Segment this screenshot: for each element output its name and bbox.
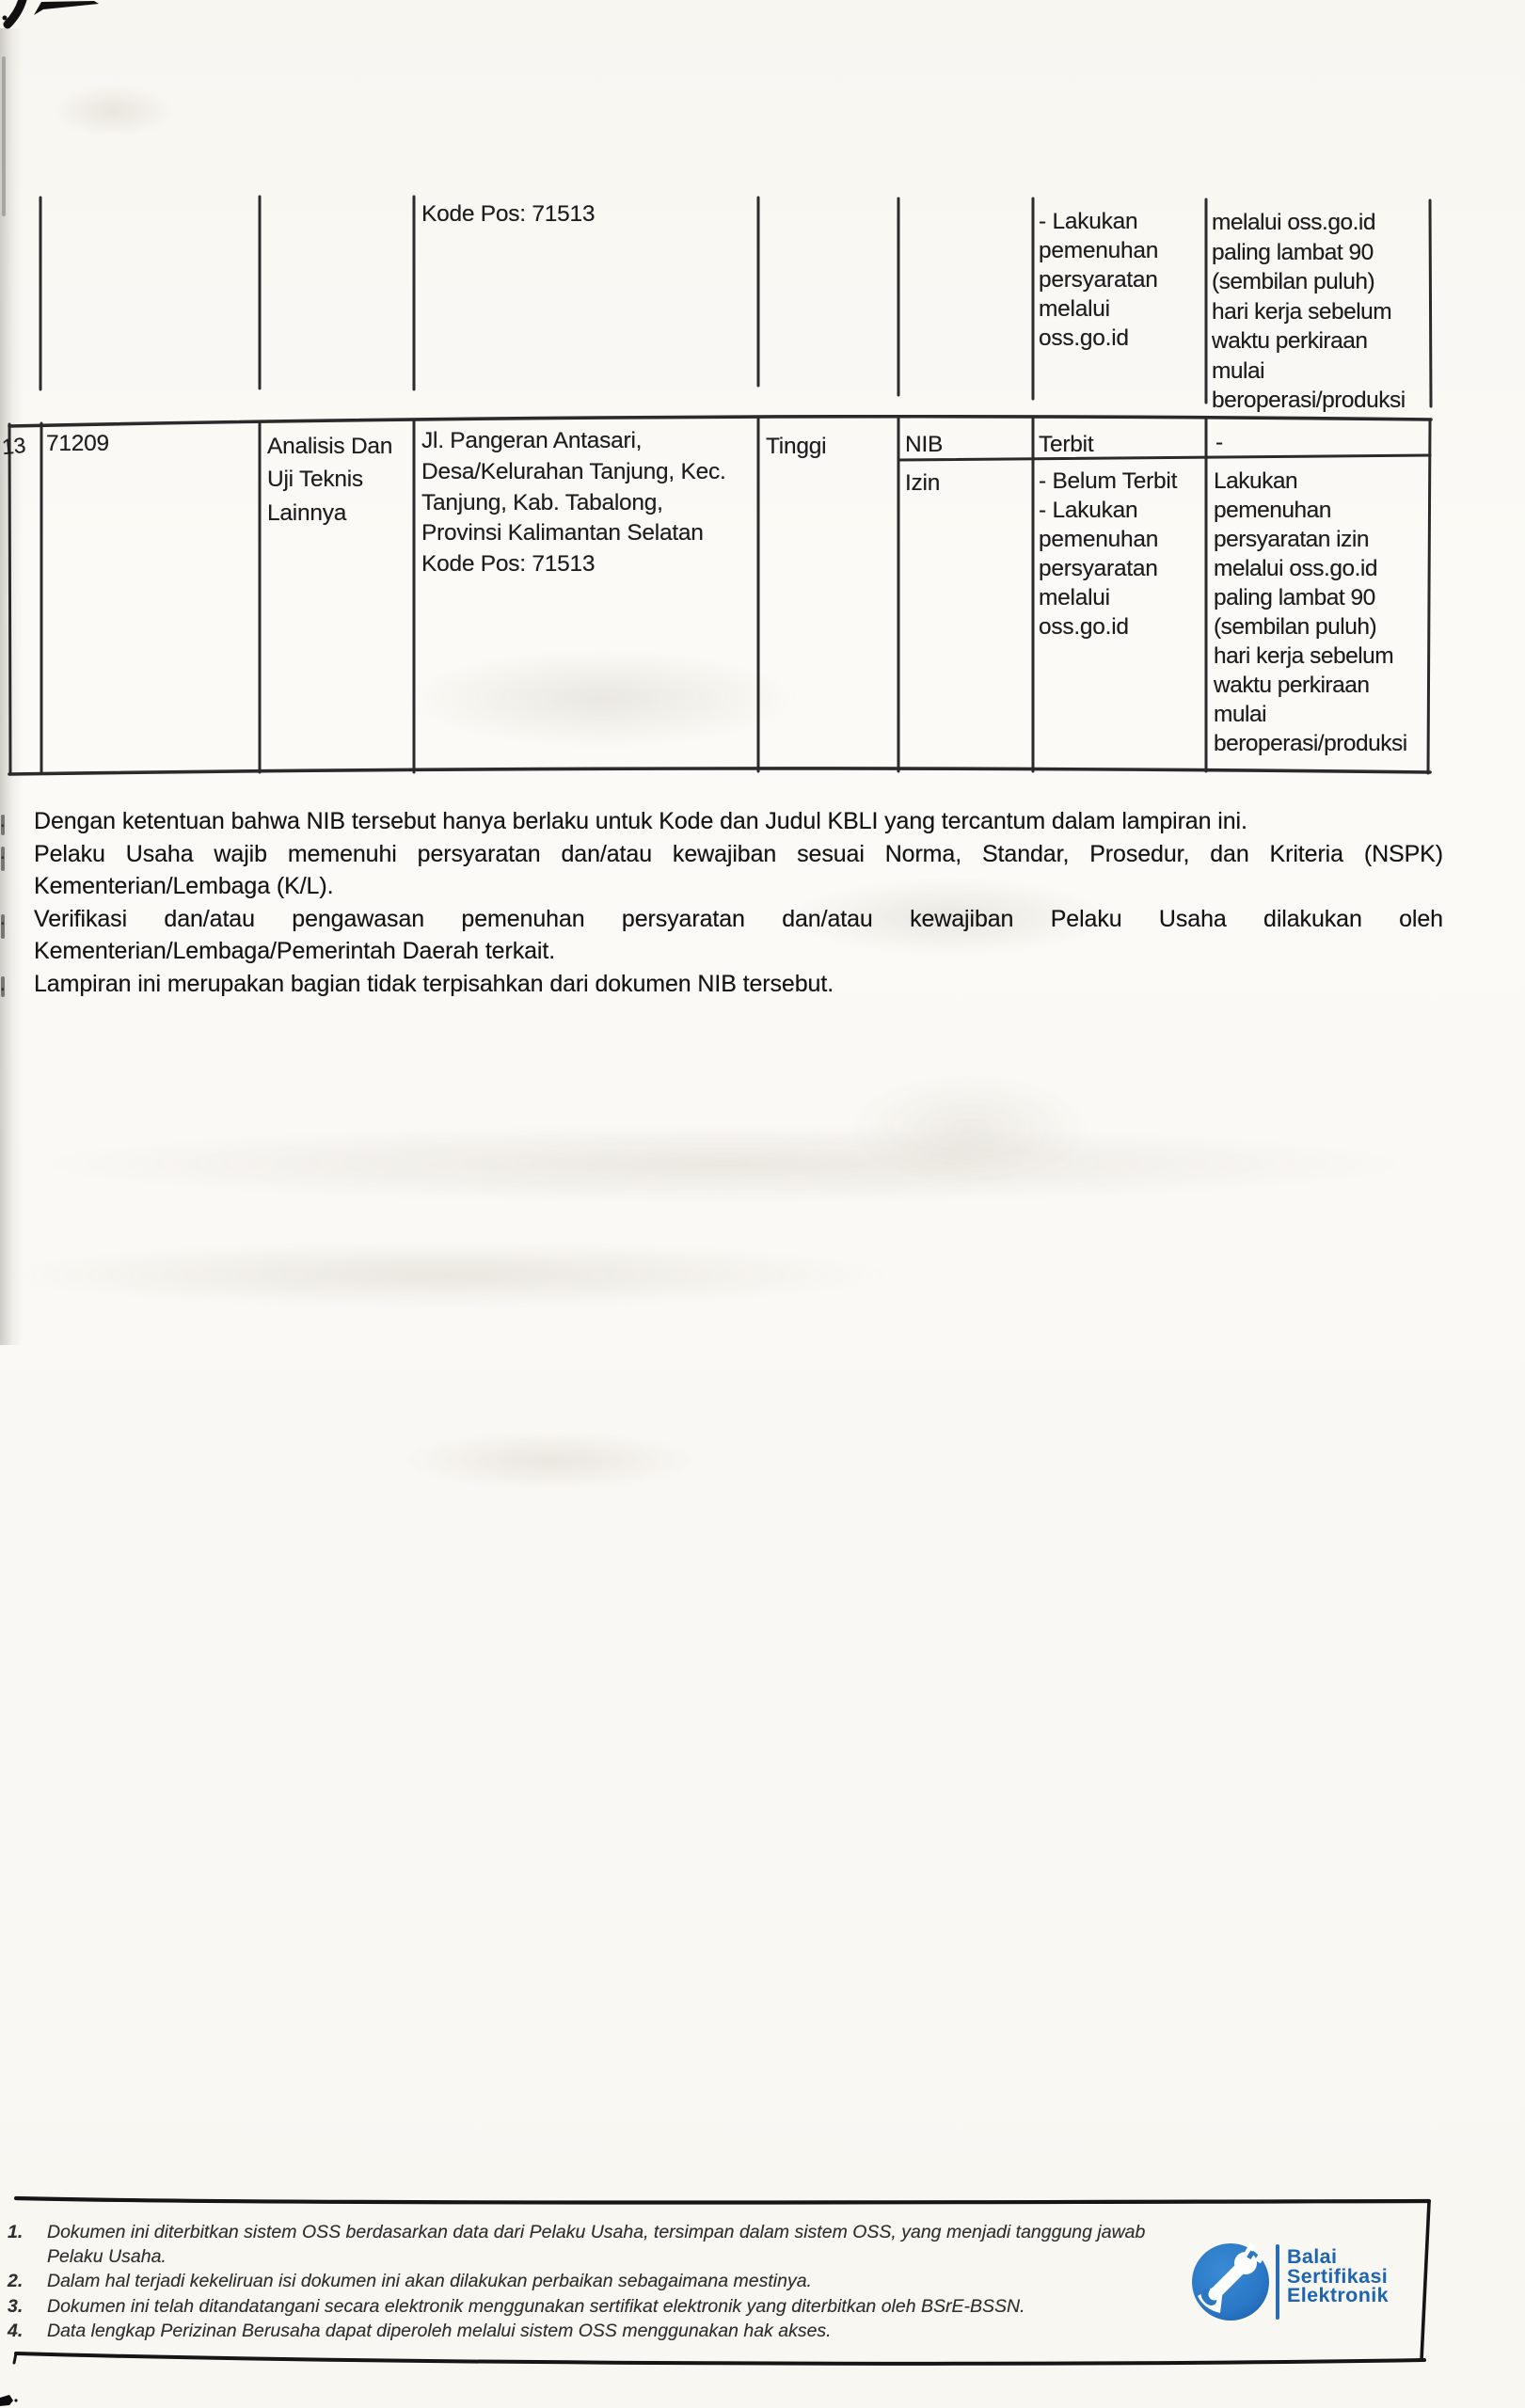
footer-note-text: Data lengkap Perizinan Berusaha dapat di… [47, 2320, 1202, 2344]
footer-note-number: 4. [8, 2320, 47, 2344]
alamat-usaha-cell: Jl. Pangeran Antasari, Desa/Kelurahan Ta… [421, 426, 753, 580]
bsre-key-icon [1192, 2242, 1269, 2321]
footer-note-text: Dokumen ini diterbitkan sistem OSS berda… [47, 2221, 1202, 2269]
bsre-logo-text: Balai Sertifikasi Elektronik [1287, 2247, 1389, 2305]
footer-disclaimer-notes: 1. Dokumen ini diterbitkan sistem OSS be… [8, 2221, 1202, 2345]
footer-note-text: Dalam hal terjadi kekeliruan isi dokumen… [47, 2270, 1202, 2294]
ketentuan-item: Pelaku Usaha wajib memenuhi persyaratan … [34, 838, 1443, 903]
nib-status-cell: Terbit [1039, 430, 1093, 459]
footer-note-number: 1. [8, 2221, 47, 2269]
ketentuan-list: Dengan ketentuan bahwa NIB tersebut hany… [34, 805, 1443, 1001]
izin-keterangan-cell: Lakukan pemenuhan persyaratan izin melal… [1214, 467, 1432, 758]
continued-row-status-cell: - Lakukan pemenuhan persyaratan melalui … [1039, 207, 1158, 353]
scanned-nib-lampiran-page: Kode Pos: 71513 - Lakukan pemenuhan pers… [0, 0, 1525, 2408]
kbli-code-cell: 71209 [46, 429, 109, 458]
footer-note-number: 2. [8, 2270, 47, 2294]
logo-line: Sertifikasi [1287, 2267, 1389, 2287]
footer-note: 3. Dokumen ini telah ditandatangani seca… [8, 2295, 1202, 2320]
ketentuan-text: Verifikasi dan/atau pengawasan pemenuhan… [34, 903, 1443, 936]
ketentuan-item: Verifikasi dan/atau pengawasan pemenuhan… [34, 903, 1443, 968]
ketentuan-text: Kementerian/Lembaga/Pemerintah Daerah te… [34, 935, 1443, 968]
footer-note: 1. Dokumen ini diterbitkan sistem OSS be… [8, 2221, 1202, 2269]
pen-scribble [3, 0, 100, 24]
ketentuan-text: Dengan ketentuan bahwa NIB tersebut hany… [34, 805, 1443, 838]
ketentuan-item-number: 2. [0, 839, 6, 865]
ketentuan-item-number: 4. [0, 971, 6, 997]
ketentuan-item-number: 1. [0, 807, 6, 833]
tingkat-risiko-cell: Tinggi [766, 432, 826, 461]
izin-label-cell: Izin [905, 468, 940, 498]
continued-row-keterangan-cell: melalui oss.go.id paling lambat 90 (semb… [1212, 208, 1432, 416]
ketentuan-item: Lampiran ini merupakan bagian tidak terp… [34, 968, 1443, 1001]
ketentuan-item: Dengan ketentuan bahwa NIB tersebut hany… [34, 805, 1443, 838]
nib-label-cell: NIB [905, 430, 943, 459]
logo-line: Elektronik [1287, 2286, 1389, 2305]
ketentuan-text: Pelaku Usaha wajib memenuhi persyaratan … [34, 838, 1443, 871]
ketentuan-text: Lampiran ini merupakan bagian tidak terp… [34, 968, 1443, 1001]
footer-note-number: 3. [8, 2295, 47, 2320]
pen-mark-bottom [0, 2395, 18, 2406]
ketentuan-text: Kementerian/Lembaga (K/L). [34, 870, 1443, 903]
continued-row-alamat-cell: Kode Pos: 71513 [421, 199, 595, 229]
logo-separator [1276, 2244, 1279, 2320]
ketentuan-item-number: 3. [0, 905, 6, 931]
footer-note-text: Dokumen ini telah ditandatangani secara … [47, 2295, 1202, 2320]
footer-note: 4. Data lengkap Perizinan Berusaha dapat… [8, 2320, 1202, 2344]
izin-status-cell: - Belum Terbit - Lakukan pemenuhan persy… [1039, 467, 1204, 642]
judul-kbli-cell: Analisis Dan Uji Teknis Lainnya [267, 430, 392, 530]
row-number-cell: 13 [1, 431, 27, 462]
nib-keterangan-cell: - [1215, 428, 1223, 457]
logo-line: Balai [1287, 2247, 1389, 2267]
footer-note: 2. Dalam hal terjadi kekeliruan isi doku… [8, 2270, 1202, 2294]
